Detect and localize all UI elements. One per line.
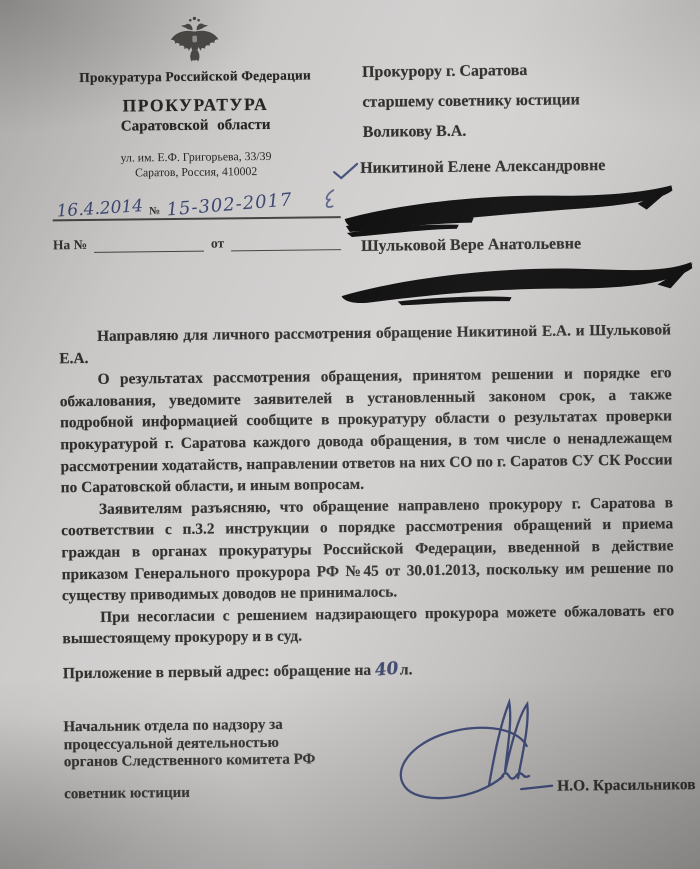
stray-pen-mark	[321, 188, 337, 212]
attachment-suffix: л.	[400, 661, 413, 678]
recipient-block: Прокурору г. Саратова старшему советнику…	[362, 54, 683, 148]
body-paragraph-3: Заявителям разъясняю, что обращение напр…	[61, 492, 674, 607]
number-sign-label: №	[149, 205, 160, 218]
ref-date-blank-line	[231, 235, 341, 251]
handwritten-checkmark-icon	[332, 162, 358, 180]
letter-body: Направляю для личного рассмотрения обращ…	[59, 319, 675, 650]
applicant-1-name: Никитиной Елене Александровне	[360, 157, 605, 177]
reference-row: На № от	[53, 234, 341, 253]
signer-position: Начальник отдела по надзору за процессуа…	[63, 715, 404, 771]
ref-no-label: На №	[53, 237, 87, 253]
org-address: ул. им. Е.Ф. Григорьева, 33/39 Саратов, …	[52, 148, 340, 181]
handwritten-date: 16.4.2014	[56, 196, 144, 221]
ref-from-label: от	[211, 235, 224, 251]
letterhead: Прокуратура Российской Федерации ПРОКУРА…	[50, 14, 341, 253]
body-paragraph-1: Направляю для личного рассмотрения обращ…	[59, 319, 671, 369]
org-name: ПРОКУРАТУРА	[51, 93, 339, 117]
attachment-text: Приложение в первый адрес: обращение на	[63, 662, 372, 682]
org-address-line2: Саратов, Россия, 410002	[52, 163, 340, 181]
redaction-mark-2	[339, 254, 695, 306]
signer-position-line-3: органов Следственного комитета РФ	[64, 750, 404, 771]
handwritten-outgoing-number: 15-302-2017	[165, 189, 293, 220]
recipient-line-3: Воликову В.А.	[363, 114, 683, 148]
recipient-line-1: Прокурору г. Саратова	[362, 54, 682, 88]
scanned-letter-photo: Прокуратура Российской Федерации ПРОКУРА…	[0, 0, 700, 869]
applicant-2: Шульковой Вере Анатольевне	[361, 234, 691, 256]
signer-rank: советник юстиции	[64, 785, 190, 803]
body-paragraph-2: О результатах рассмотрения обращения, пр…	[59, 363, 672, 499]
redaction-mark-1	[343, 182, 674, 238]
signature-scribble	[388, 689, 584, 809]
handwritten-page-count: 40	[374, 658, 400, 681]
recipient-line-2: старшему советнику юстиции	[362, 84, 682, 118]
org-federation-line: Прокуратура Российской Федерации	[51, 67, 339, 86]
attachment-line: Приложение в первый адрес: обращение на4…	[63, 659, 413, 683]
body-paragraph-4: При несогласии с решением надзирающего п…	[62, 600, 674, 650]
org-region: Саратовской области	[52, 116, 340, 136]
applicant-2-name: Шульковой Вере Анатольевне	[361, 235, 581, 254]
russian-coat-of-arms-icon	[168, 15, 221, 64]
outgoing-number-row: 16.4.2014 № 15-302-2017	[52, 184, 340, 221]
ref-number-blank-line	[94, 237, 204, 253]
signer-name: Н.О. Красильников	[557, 776, 696, 796]
applicant-1: Никитиной Елене Александровне	[360, 156, 690, 178]
paper-sheet: Прокуратура Российской Федерации ПРОКУРА…	[0, 0, 700, 869]
